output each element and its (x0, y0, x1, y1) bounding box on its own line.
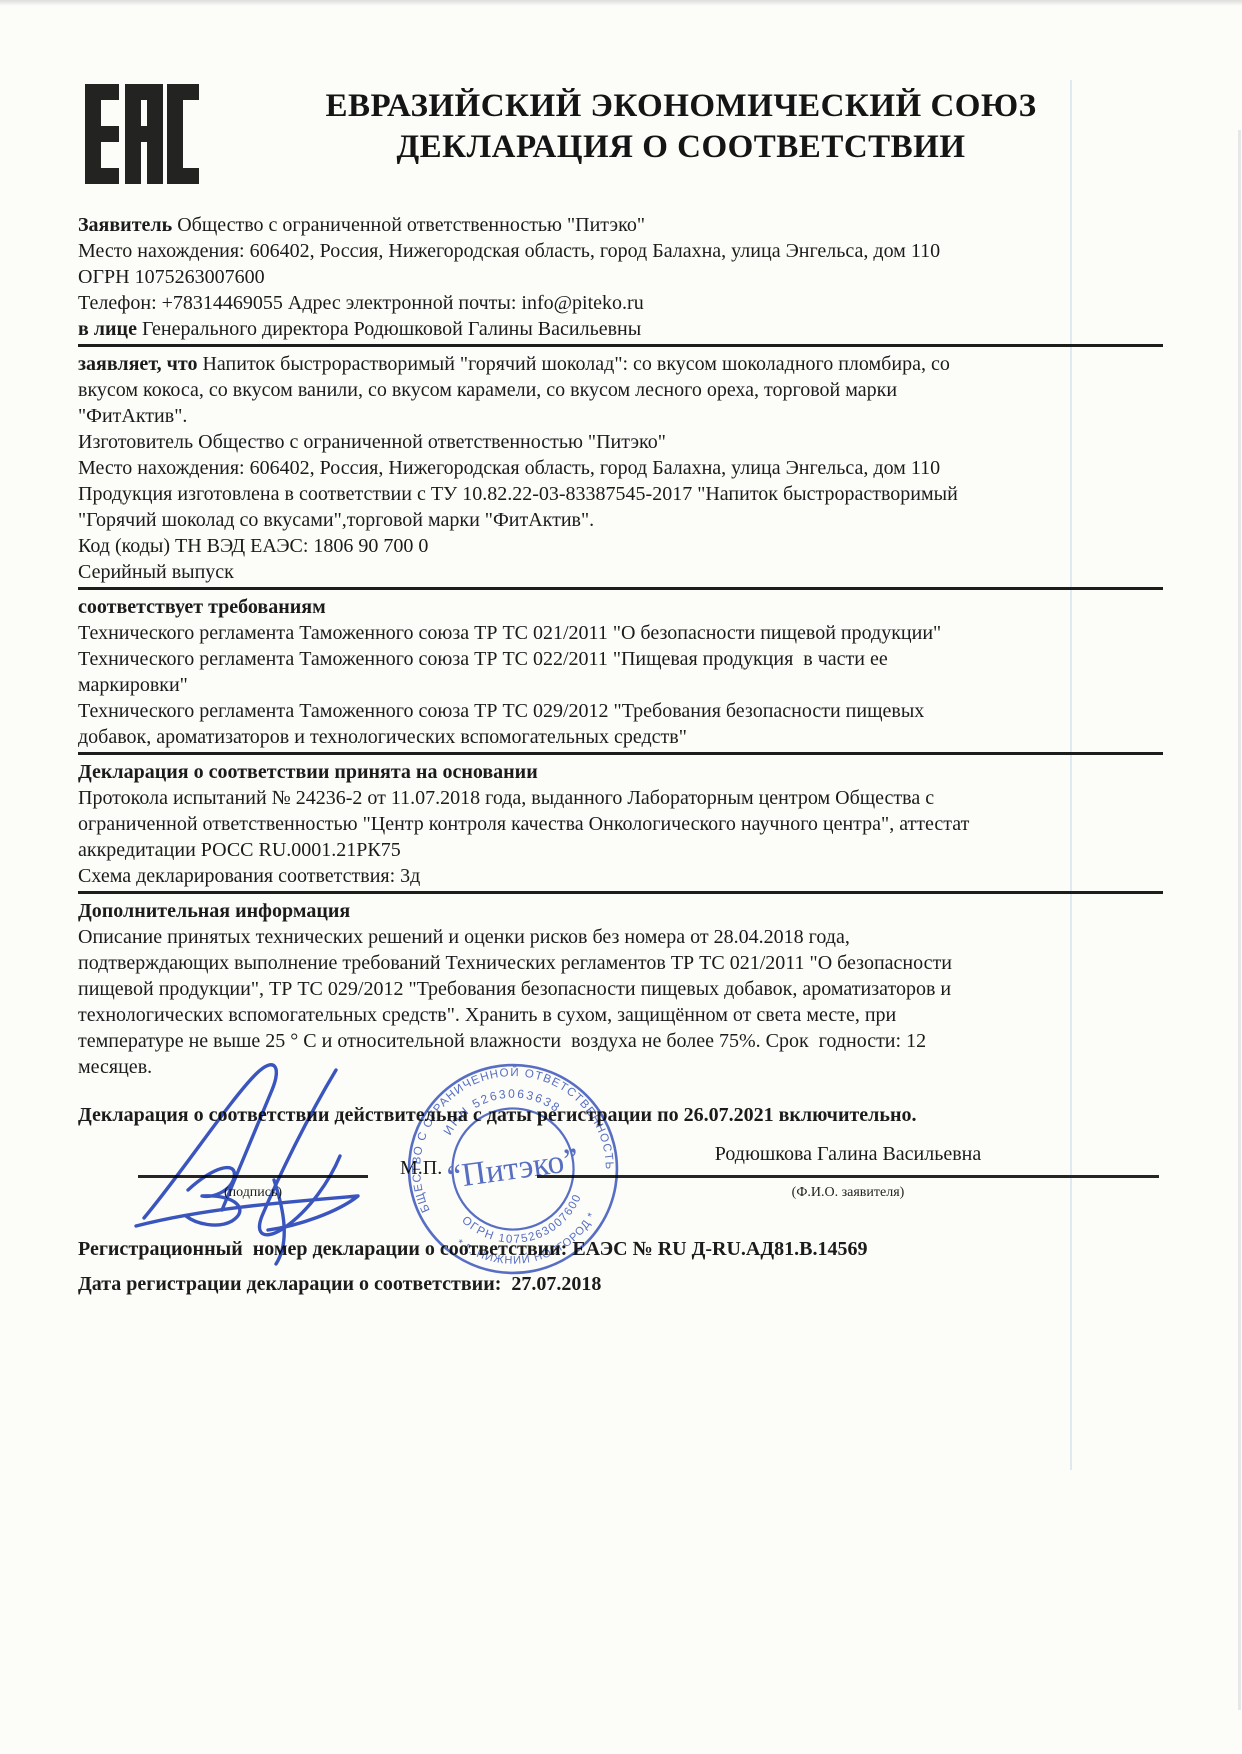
additional-heading: Дополнительная информация (78, 898, 1163, 924)
protocol-line: Протокола испытаний № 24236-2 от 11.07.2… (78, 785, 1163, 811)
document-title: ЕВРАЗИЙСКИЙ ЭКОНОМИЧЕСКИЙ СОЮЗ ДЕКЛАРАЦИ… (199, 84, 1163, 184)
production-standard-line2: "Горячий шоколад со вкусами",торговой ма… (78, 507, 1163, 533)
scan-edge-shadow (1238, 130, 1241, 1710)
company-round-stamp: ОБЩЕСТВО С ОГРАНИЧЕННОЙ ОТВЕТСТВЕННОСТЬЮ… (381, 1037, 644, 1300)
additional-info-section: Дополнительная информация Описание приня… (78, 898, 1163, 1080)
additional-line: подтверждающих выполнение требований Тех… (78, 950, 1163, 976)
product-line: "ФитАктив". (78, 403, 1163, 429)
compliance-heading: соответствует требованиям (78, 594, 1163, 620)
protocol-line2: ограниченной ответственностью "Центр кон… (78, 811, 1163, 837)
additional-line: Описание принятых технических решений и … (78, 924, 1163, 950)
scheme-line: Схема декларирования соответствия: 3д (78, 863, 1163, 889)
declares-text: Напиток быстрорастворимый "горячий шокол… (197, 353, 949, 375)
declaration-document-page: ЕАС ЕВРАЗИЙСКИЙ ЭКОНОМИЧЕСКИЙ СОЮЗ ДЕКЛА… (0, 0, 1242, 1754)
stamp-center-company-name: “Питэко” (445, 1141, 581, 1196)
section-divider (78, 587, 1163, 590)
title-line-union: ЕВРАЗИЙСКИЙ ЭКОНОМИЧЕСКИЙ СОЮЗ (199, 86, 1163, 127)
declarant-name: Родюшкова Галина Васильевна (537, 1141, 1159, 1167)
section-divider (78, 344, 1163, 347)
compliance-section: соответствует требованиям Технического р… (78, 594, 1163, 750)
applicant-name-line: Заявитель Общество с ограниченной ответс… (78, 212, 1163, 238)
title-line-declaration: ДЕКЛАРАЦИЯ О СООТВЕТСТВИИ (199, 127, 1163, 168)
manufacturer-address-line: Место нахождения: 606402, Россия, Нижего… (78, 455, 1163, 481)
product-line: вкусом кокоса, со вкусом ванили, со вкус… (78, 377, 1163, 403)
handwritten-signature (126, 1058, 384, 1272)
representative-text: Генерального директора Родюшковой Галины… (137, 318, 641, 340)
declares-line: заявляет, что Напиток быстрорастворимый … (78, 351, 1163, 377)
regulation-line-029: Технического регламента Таможенного союз… (78, 698, 1163, 724)
production-standard-line: Продукция изготовлена в соответствии с Т… (78, 481, 1163, 507)
section-divider (78, 891, 1163, 894)
regulation-line-021: Технического регламента Таможенного союз… (78, 620, 1163, 646)
declares-label: заявляет, что (78, 353, 197, 375)
representative-label: в лице (78, 318, 137, 340)
storage-conditions-line: температуре не выше 25 ° С и относительн… (78, 1028, 1163, 1054)
serial-issue-line: Серийный выпуск (78, 559, 1163, 585)
applicant-address-line: Место нахождения: 606402, Россия, Нижего… (78, 238, 1163, 264)
registration-date-line: Дата регистрации декларации о соответств… (78, 1271, 1163, 1297)
applicant-name-text: Общество с ограниченной ответственностью… (172, 214, 645, 236)
regulation-line-022: Технического регламента Таможенного союз… (78, 646, 1163, 672)
tnved-code-line: Код (коды) ТН ВЭД ЕАЭС: 1806 90 700 0 (78, 533, 1163, 559)
additional-line: пищевой продукции", ТР ТС 029/2012 "Треб… (78, 976, 1163, 1002)
basis-section: Декларация о соответствии принята на осн… (78, 759, 1163, 889)
accreditation-line: аккредитации РОСС RU.0001.21РК75 (78, 837, 1163, 863)
product-section: заявляет, что Напиток быстрорастворимый … (78, 351, 1163, 585)
manufacturer-line: Изготовитель Общество с ограниченной отв… (78, 429, 1163, 455)
applicant-contacts-line: Телефон: +78314469055 Адрес электронной … (78, 290, 1163, 316)
applicant-representative-line: в лице Генерального директора Родюшковой… (78, 316, 1163, 342)
applicant-label: Заявитель (78, 214, 172, 236)
additional-line: технологических вспомогательных средств"… (78, 1002, 1163, 1028)
document-header: ЕАС ЕВРАЗИЙСКИЙ ЭКОНОМИЧЕСКИЙ СОЮЗ ДЕКЛА… (78, 84, 1163, 184)
regulation-line-029b: добавок, ароматизаторов и технологически… (78, 724, 1163, 750)
applicant-section: Заявитель Общество с ограниченной ответс… (78, 212, 1163, 342)
section-divider (78, 752, 1163, 755)
regulation-line-022b: маркировки" (78, 672, 1163, 698)
basis-heading: Декларация о соответствии принята на осн… (78, 759, 1163, 785)
declarant-name-line (537, 1175, 1159, 1178)
eac-logo-graphic (85, 84, 199, 184)
applicant-ogrn-line: ОГРН 1075263007600 (78, 264, 1163, 290)
eac-conformity-mark-icon: ЕАС (85, 84, 199, 184)
